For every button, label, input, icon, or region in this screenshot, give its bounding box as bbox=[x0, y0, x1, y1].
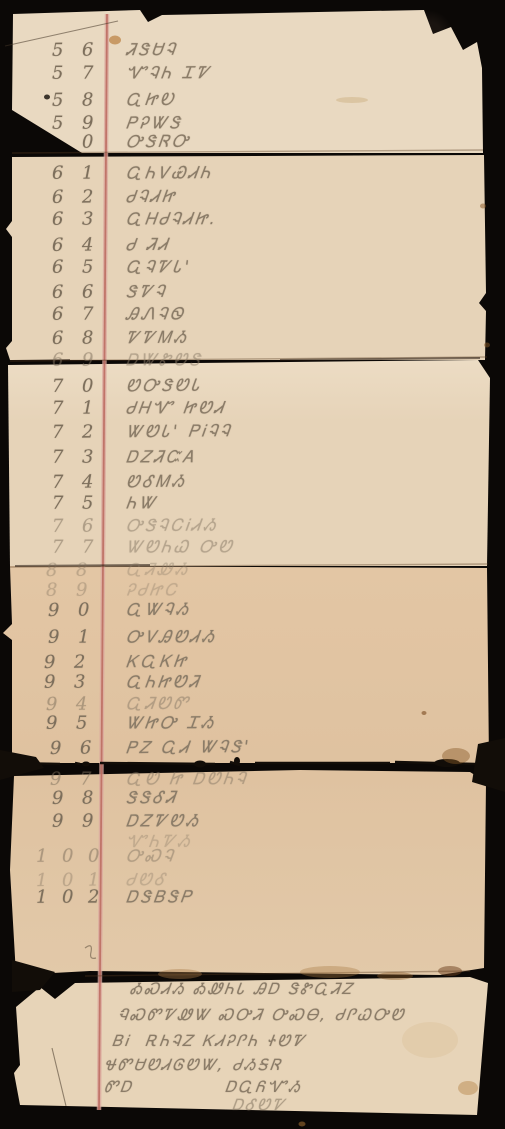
footer-line: ᏛᎠ bbox=[103, 1078, 135, 1097]
footer-signature: ᎠᏩᏲᏉᏱ bbox=[224, 1078, 303, 1097]
footer-note: ᎣᏍᏗᏱ ᎣᏪᏂᏓ ᎯᎠ ᏕᏑᏩᏘᏃᏄᏍᏛᏤᏪᏔ ᏍᎤᏘ ᎤᏍᎾ, ᏧᎵᏇᎤᏬᏴ… bbox=[0, 0, 505, 1129]
footer-line: ᏠᏛᏌᏬᏗᎶᏬᏔ, ᏧᏱᎦᏒ bbox=[103, 1056, 284, 1075]
footer-line: ᏴᎥ ᎡᏂᎸᏃ ᏦᏗᎮᎵᏂ ᏐᏬᏤ bbox=[111, 1032, 308, 1051]
footer-line: ᏄᏍᏛᏤᏪᏔ ᏍᎤᏘ ᎤᏍᎾ, ᏧᎵᏇᎤᏬ bbox=[117, 1006, 407, 1025]
photo-backdrop: 56ᏘᏕᏌᎸ57ᏉᎸᏂ ᏆᏤ58ᏩᏥᎧ59ᏢᎮᏔᏕ0ᎤᏕᏒᎤ61ᏩᏂᏙᏯᏗᏂ62… bbox=[0, 0, 505, 1129]
footer-line: ᎠᎴᏬᏤ bbox=[231, 1096, 288, 1115]
footer-line: ᎣᏍᏗᏱ ᎣᏪᏂᏓ ᎯᎠ ᏕᏑᏩᏘᏃ bbox=[129, 980, 356, 999]
